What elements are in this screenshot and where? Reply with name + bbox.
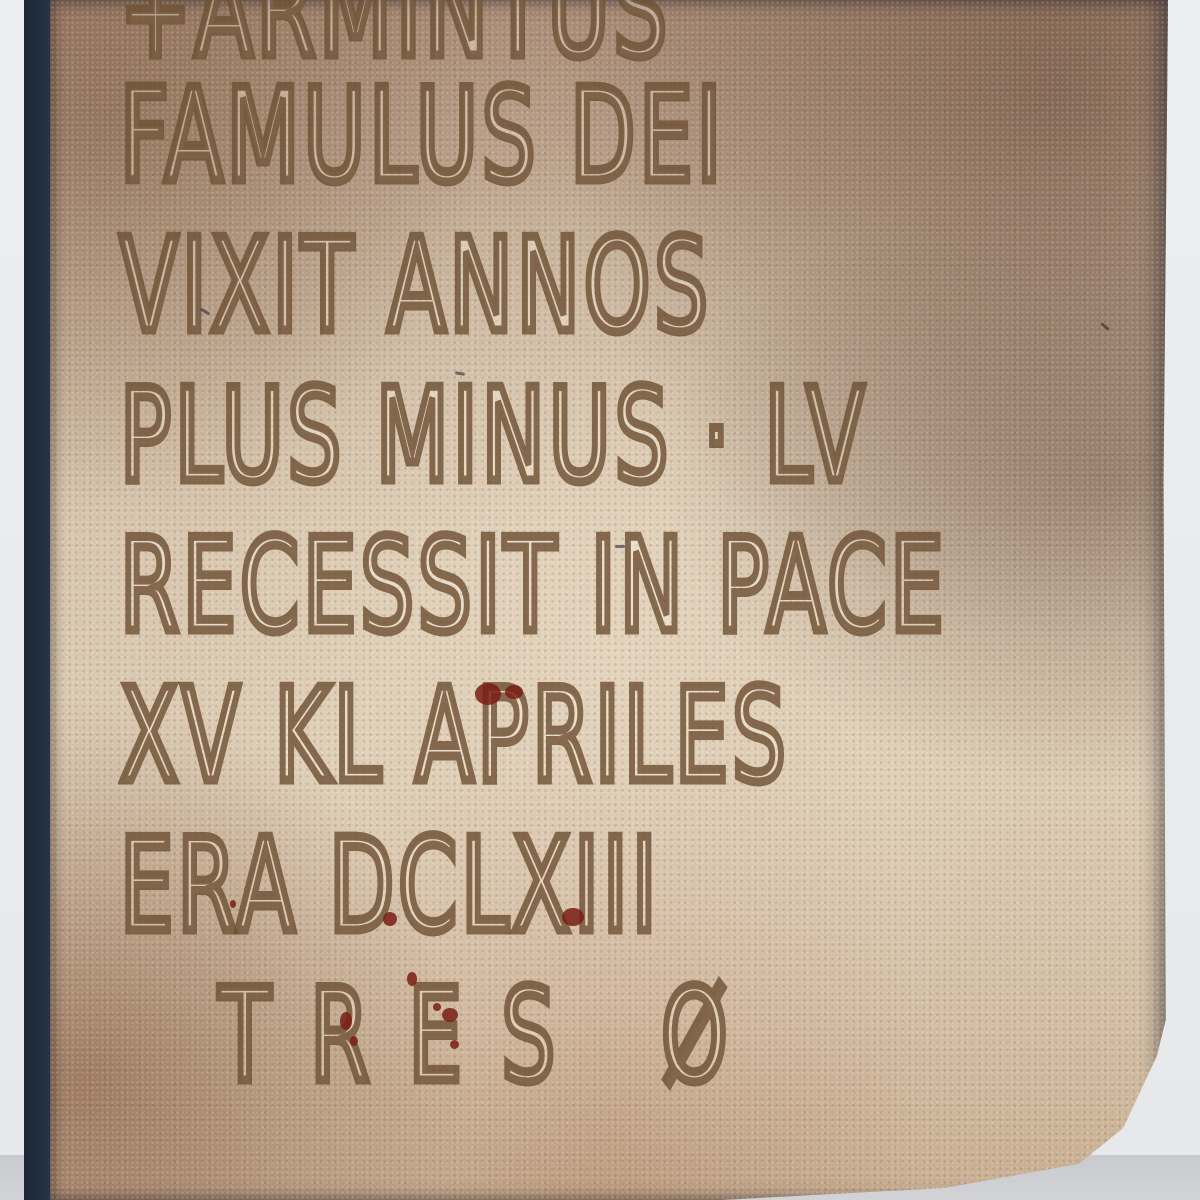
inscription-line-8: TRES Ø bbox=[120, 962, 820, 1112]
stain-mark bbox=[407, 972, 417, 986]
stain-mark bbox=[505, 685, 523, 699]
stain-mark bbox=[383, 912, 397, 926]
inscription-line-4: PLUS MINUS · LV bbox=[120, 362, 820, 512]
stain-mark bbox=[475, 683, 501, 705]
inscription-line-1: +ARMINTUS bbox=[120, 0, 820, 62]
photo-scene: +ARMINTUS FAMULUS DEI VIXIT ANNOS PLUS M… bbox=[0, 0, 1200, 1200]
stain-mark bbox=[433, 1003, 441, 1011]
stain-mark bbox=[450, 1040, 459, 1049]
inscription-text: +ARMINTUS FAMULUS DEI VIXIT ANNOS PLUS M… bbox=[120, 0, 1180, 1112]
inscription-line-2: FAMULUS DEI bbox=[120, 62, 820, 212]
stone-chip bbox=[615, 545, 625, 548]
inscription-line-5: RECESSIT IN PACE bbox=[120, 512, 820, 662]
stain-mark bbox=[230, 900, 236, 908]
stain-mark bbox=[562, 908, 584, 926]
inscription-line-6: XV KL APRILES bbox=[120, 662, 820, 812]
inscription-line-3: VIXIT ANNOS bbox=[120, 212, 820, 362]
inscribed-stone-tablet: +ARMINTUS FAMULUS DEI VIXIT ANNOS PLUS M… bbox=[50, 0, 1168, 1200]
inscription-line-7: ERA DCLXIII bbox=[120, 812, 820, 962]
stain-mark bbox=[442, 1008, 458, 1022]
stain-mark bbox=[340, 1012, 352, 1030]
stain-mark bbox=[350, 1036, 358, 1046]
